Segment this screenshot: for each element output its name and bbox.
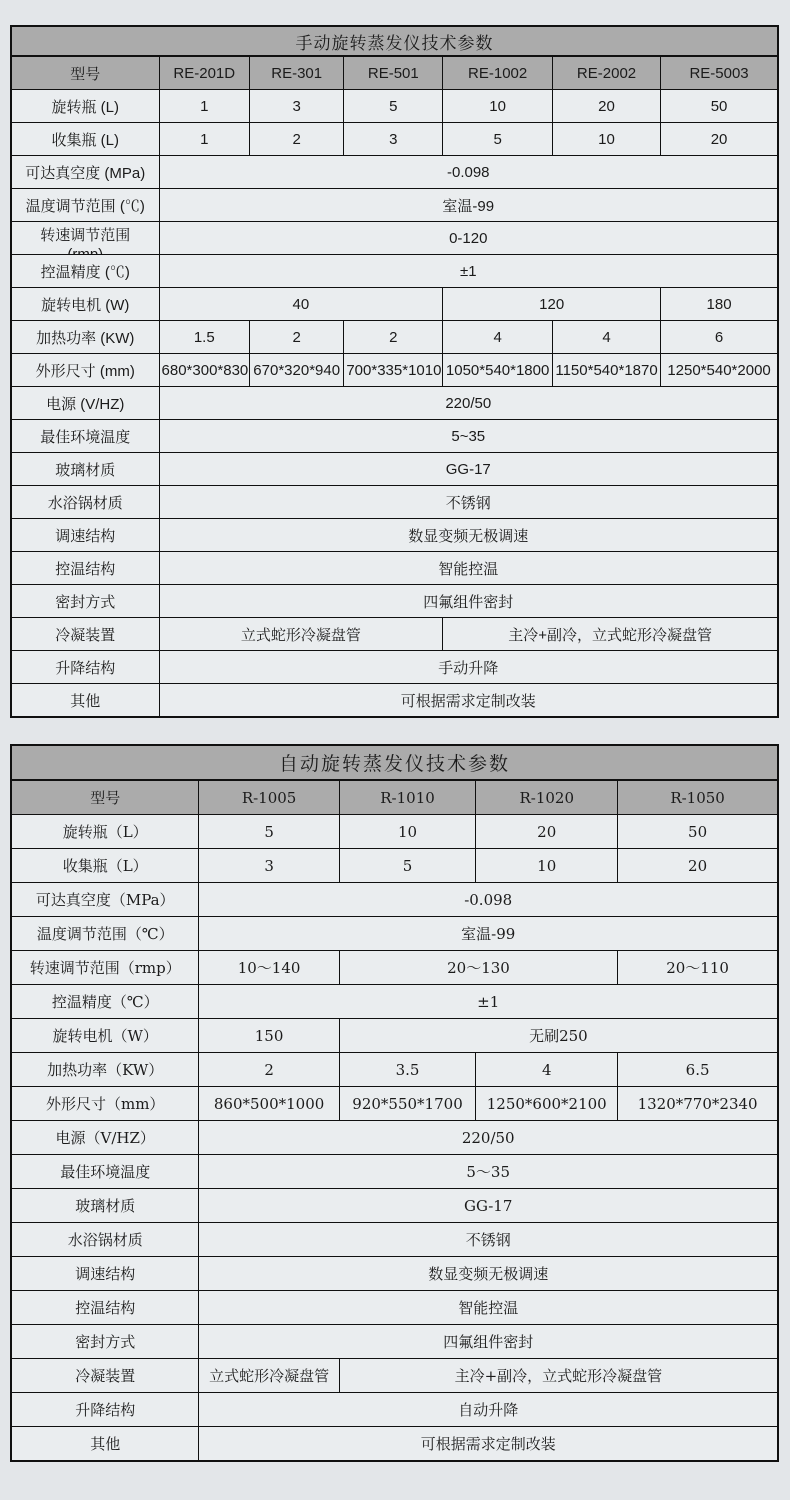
row-label: 其他 xyxy=(11,684,159,718)
row-label: 外形尺寸 (mm) xyxy=(11,354,159,387)
spec-value: 1150*540*1870 xyxy=(552,354,660,387)
spec-value: 室温-99 xyxy=(199,917,778,951)
spec-value: 手动升降 xyxy=(159,651,778,684)
row-label: 温度调节范围（℃） xyxy=(11,917,199,951)
model-column-header: R-1050 xyxy=(618,780,778,815)
spec-row: 水浴锅材质不锈钢 xyxy=(11,486,778,519)
spec-value: 智能控温 xyxy=(199,1291,778,1325)
spec-value: 50 xyxy=(618,815,778,849)
spec-value: 可根据需求定制改装 xyxy=(159,684,778,718)
spec-value: 220/50 xyxy=(199,1121,778,1155)
spec-value: 10～140 xyxy=(199,951,339,985)
row-label: 旋转瓶 (L) xyxy=(11,90,159,123)
manual-evaporator-spec-table: 手动旋转蒸发仪技术参数型号RE-201DRE-301RE-501RE-1002R… xyxy=(10,25,779,718)
row-label: 最佳环境温度 xyxy=(11,1155,199,1189)
spec-value: 智能控温 xyxy=(159,552,778,585)
spec-row: 最佳环境温度5~35 xyxy=(11,420,778,453)
row-label: 水浴锅材质 xyxy=(11,1223,199,1257)
spec-value: 6 xyxy=(661,321,778,354)
spec-value: -0.098 xyxy=(159,156,778,189)
spec-value: 3 xyxy=(344,123,443,156)
row-label: 冷凝装置 xyxy=(11,1359,199,1393)
row-label: 密封方式 xyxy=(11,1325,199,1359)
row-label: 旋转瓶（L） xyxy=(11,815,199,849)
spec-value: 50 xyxy=(661,90,778,123)
spec-value: 1 xyxy=(159,123,250,156)
spec-row: 其他可根据需求定制改装 xyxy=(11,684,778,718)
row-label: 冷凝装置 xyxy=(11,618,159,651)
spec-value: 四氟组件密封 xyxy=(199,1325,778,1359)
spec-value: 数显变频无极调速 xyxy=(199,1257,778,1291)
spec-value: 3.5 xyxy=(339,1053,476,1087)
row-label: 控温精度（℃） xyxy=(11,985,199,1019)
spec-value: 860*500*1000 xyxy=(199,1087,339,1121)
spec-row: 温度调节范围（℃）室温-99 xyxy=(11,917,778,951)
spec-row: 外形尺寸（mm）860*500*1000920*550*17001250*600… xyxy=(11,1087,778,1121)
spec-row: 旋转瓶（L）5102050 xyxy=(11,815,778,849)
spec-row: 电源（V/HZ）220/50 xyxy=(11,1121,778,1155)
spec-row: 电源 (V/HZ)220/50 xyxy=(11,387,778,420)
model-column-header: RE-2002 xyxy=(552,56,660,90)
spec-row: 水浴锅材质不锈钢 xyxy=(11,1223,778,1257)
spec-value: 10 xyxy=(339,815,476,849)
spec-value: 120 xyxy=(443,288,661,321)
spec-value: ±1 xyxy=(199,985,778,1019)
spec-value: 6.5 xyxy=(618,1053,778,1087)
row-label: 电源（V/HZ） xyxy=(11,1121,199,1155)
spec-value: ±1 xyxy=(159,255,778,288)
row-label: 调速结构 xyxy=(11,519,159,552)
spec-value: 不锈钢 xyxy=(159,486,778,519)
spec-row: 旋转电机 (W)40120180 xyxy=(11,288,778,321)
spec-row: 转速调节范围(rmp)0-120 xyxy=(11,222,778,255)
spec-row: 调速结构数显变频无极调速 xyxy=(11,519,778,552)
spec-value: 700*335*1010 xyxy=(344,354,443,387)
spec-value: 立式蛇形冷凝盘管 xyxy=(159,618,443,651)
spec-value: 5 xyxy=(344,90,443,123)
spec-row: 温度调节范围 (℃)室温-99 xyxy=(11,189,778,222)
spec-row: 可达真空度（MPa）-0.098 xyxy=(11,883,778,917)
spec-value: GG-17 xyxy=(159,453,778,486)
model-column-header: R-1010 xyxy=(339,780,476,815)
spec-value: 680*300*830 xyxy=(159,354,250,387)
spec-value: 3 xyxy=(250,90,344,123)
spec-value: 3 xyxy=(199,849,339,883)
spec-value: 0-120 xyxy=(159,222,778,255)
row-label: 升降结构 xyxy=(11,1393,199,1427)
spec-value: 20 xyxy=(661,123,778,156)
spec-value: 室温-99 xyxy=(159,189,778,222)
spec-value: 5~35 xyxy=(159,420,778,453)
spec-row: 冷凝装置立式蛇形冷凝盘管主冷+副冷，立式蛇形冷凝盘管 xyxy=(11,1359,778,1393)
spec-value: 20 xyxy=(618,849,778,883)
spec-row: 升降结构手动升降 xyxy=(11,651,778,684)
spec-value: 920*550*1700 xyxy=(339,1087,476,1121)
spec-value: 无刷250 xyxy=(339,1019,778,1053)
spec-value: 20 xyxy=(476,815,618,849)
spec-row: 控温结构智能控温 xyxy=(11,552,778,585)
row-label: 升降结构 xyxy=(11,651,159,684)
spec-value: 20～110 xyxy=(618,951,778,985)
spec-value: 可根据需求定制改装 xyxy=(199,1427,778,1462)
model-column-header: RE-201D xyxy=(159,56,250,90)
spec-row: 最佳环境温度5～35 xyxy=(11,1155,778,1189)
spec-value: 主冷+副冷，立式蛇形冷凝盘管 xyxy=(339,1359,778,1393)
spec-value: 4 xyxy=(443,321,553,354)
row-label: 控温结构 xyxy=(11,1291,199,1325)
spec-value: 20～130 xyxy=(339,951,617,985)
spec-row: 旋转电机（W）150无刷250 xyxy=(11,1019,778,1053)
row-label: 控温结构 xyxy=(11,552,159,585)
row-label: 旋转电机 (W) xyxy=(11,288,159,321)
spec-row: 玻璃材质GG-17 xyxy=(11,1189,778,1223)
spec-value: 数显变频无极调速 xyxy=(159,519,778,552)
spec-row: 可达真空度 (MPa)-0.098 xyxy=(11,156,778,189)
row-label: 控温精度 (℃) xyxy=(11,255,159,288)
spec-row: 调速结构数显变频无极调速 xyxy=(11,1257,778,1291)
spec-row: 加热功率 (KW)1.522446 xyxy=(11,321,778,354)
table-title: 自动旋转蒸发仪技术参数 xyxy=(11,745,778,780)
row-label: 其他 xyxy=(11,1427,199,1462)
spec-value: 立式蛇形冷凝盘管 xyxy=(199,1359,339,1393)
spec-value: 10 xyxy=(476,849,618,883)
row-label: 转速调节范围 xyxy=(12,226,159,245)
spec-value: 2 xyxy=(199,1053,339,1087)
spec-value: 1 xyxy=(159,90,250,123)
spec-value: 2 xyxy=(250,321,344,354)
model-column-header: RE-501 xyxy=(344,56,443,90)
spec-row: 收集瓶（L）351020 xyxy=(11,849,778,883)
spec-row: 旋转瓶 (L)135102050 xyxy=(11,90,778,123)
model-header-label: 型号 xyxy=(11,56,159,90)
row-label: 收集瓶 (L) xyxy=(11,123,159,156)
spec-value: 5～35 xyxy=(199,1155,778,1189)
spec-row: 收集瓶 (L)12351020 xyxy=(11,123,778,156)
spec-value: 20 xyxy=(552,90,660,123)
spec-row: 密封方式四氟组件密封 xyxy=(11,585,778,618)
spec-row: 玻璃材质GG-17 xyxy=(11,453,778,486)
row-label: 加热功率 (KW) xyxy=(11,321,159,354)
row-label: 加热功率（KW） xyxy=(11,1053,199,1087)
row-label: 玻璃材质 xyxy=(11,453,159,486)
model-header-label: 型号 xyxy=(11,780,199,815)
spec-value: 主冷+副冷，立式蛇形冷凝盘管 xyxy=(443,618,778,651)
row-label: 密封方式 xyxy=(11,585,159,618)
row-label: 最佳环境温度 xyxy=(11,420,159,453)
spec-value: 4 xyxy=(552,321,660,354)
spec-value: 2 xyxy=(344,321,443,354)
spec-sheet-page: 手动旋转蒸发仪技术参数型号RE-201DRE-301RE-501RE-1002R… xyxy=(0,0,790,1500)
row-label: 旋转电机（W） xyxy=(11,1019,199,1053)
row-label-unit: (rmp) xyxy=(12,245,159,254)
spec-value: 1250*540*2000 xyxy=(661,354,778,387)
row-label: 调速结构 xyxy=(11,1257,199,1291)
spec-row: 控温精度（℃）±1 xyxy=(11,985,778,1019)
spec-row: 冷凝装置立式蛇形冷凝盘管主冷+副冷，立式蛇形冷凝盘管 xyxy=(11,618,778,651)
spec-value: 220/50 xyxy=(159,387,778,420)
model-column-header: R-1005 xyxy=(199,780,339,815)
row-label: 玻璃材质 xyxy=(11,1189,199,1223)
spec-value: 180 xyxy=(661,288,778,321)
auto-evaporator-spec-table: 自动旋转蒸发仪技术参数型号R-1005R-1010R-1020R-1050旋转瓶… xyxy=(10,744,779,1462)
spec-value: -0.098 xyxy=(199,883,778,917)
row-label: 电源 (V/HZ) xyxy=(11,387,159,420)
model-column-header: RE-301 xyxy=(250,56,344,90)
spec-row: 其他可根据需求定制改装 xyxy=(11,1427,778,1462)
row-label: 温度调节范围 (℃) xyxy=(11,189,159,222)
spec-row: 控温精度 (℃)±1 xyxy=(11,255,778,288)
row-label: 可达真空度（MPa） xyxy=(11,883,199,917)
spec-row: 加热功率（KW）23.546.5 xyxy=(11,1053,778,1087)
spec-value: 1250*600*2100 xyxy=(476,1087,618,1121)
table-title: 手动旋转蒸发仪技术参数 xyxy=(11,26,778,56)
model-column-header: RE-5003 xyxy=(661,56,778,90)
spec-row: 外形尺寸 (mm)680*300*830670*320*940700*335*1… xyxy=(11,354,778,387)
spec-value: 5 xyxy=(339,849,476,883)
row-label: 外形尺寸（mm） xyxy=(11,1087,199,1121)
spec-value: 1320*770*2340 xyxy=(618,1087,778,1121)
row-label: 收集瓶（L） xyxy=(11,849,199,883)
spec-value: 4 xyxy=(476,1053,618,1087)
model-column-header: RE-1002 xyxy=(443,56,553,90)
spec-row: 密封方式四氟组件密封 xyxy=(11,1325,778,1359)
spec-row: 升降结构自动升降 xyxy=(11,1393,778,1427)
spec-value: 10 xyxy=(552,123,660,156)
spec-value: 5 xyxy=(199,815,339,849)
spec-value: 不锈钢 xyxy=(199,1223,778,1257)
spec-row: 转速调节范围（rmp）10～14020～13020～110 xyxy=(11,951,778,985)
row-label: 转速调节范围（rmp） xyxy=(11,951,199,985)
spec-row: 控温结构智能控温 xyxy=(11,1291,778,1325)
spec-value: 1050*540*1800 xyxy=(443,354,553,387)
spec-value: 2 xyxy=(250,123,344,156)
spec-value: 1.5 xyxy=(159,321,250,354)
spec-value: 四氟组件密封 xyxy=(159,585,778,618)
spec-value: 5 xyxy=(443,123,553,156)
spec-value: 670*320*940 xyxy=(250,354,344,387)
spec-value: 10 xyxy=(443,90,553,123)
model-column-header: R-1020 xyxy=(476,780,618,815)
row-label: 水浴锅材质 xyxy=(11,486,159,519)
row-label: 可达真空度 (MPa) xyxy=(11,156,159,189)
spec-value: 150 xyxy=(199,1019,339,1053)
spec-value: 自动升降 xyxy=(199,1393,778,1427)
spec-value: GG-17 xyxy=(199,1189,778,1223)
spec-value: 40 xyxy=(159,288,443,321)
